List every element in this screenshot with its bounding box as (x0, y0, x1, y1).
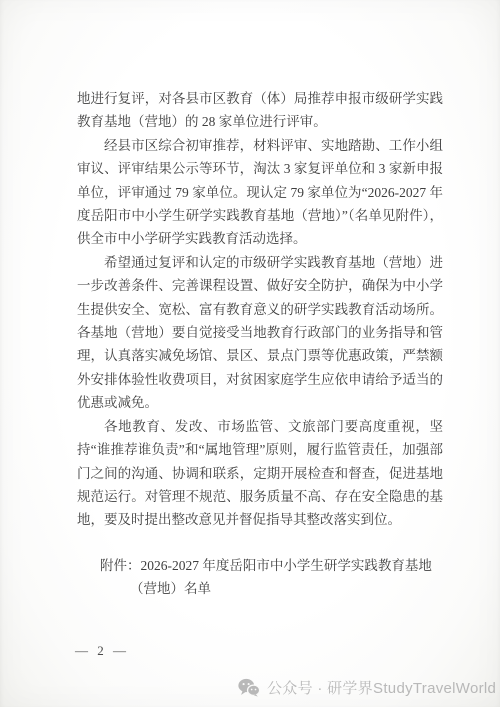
watermark-footer: 公众号 · 研学界StudyTravelWorld (238, 677, 496, 698)
document-body: 地进行复评，对各县市区教育（体）局推荐申报市级研学实践教育基地（营地）的 28 … (77, 87, 443, 601)
watermark-text: 公众号 · 研学界StudyTravelWorld (267, 677, 496, 698)
body-paragraph: 地进行复评，对各县市区教育（体）局推荐申报市级研学实践教育基地（营地）的 28 … (77, 87, 443, 134)
attachment-line: 附件：2026-2027 年度岳阳市中小学生研学实践教育基地（营地）名单 (77, 554, 443, 601)
wechat-icon (238, 678, 260, 697)
attachment-label: 附件： (100, 558, 141, 573)
body-paragraph: 经县市区综合初审推荐，材料评审、实地踏勘、工作小组审议、评审结果公示等环节，淘汰… (77, 134, 443, 251)
body-paragraph: 各地教育、发改、市场监管、文旅部门要高度重视，坚持“谁推荐谁负责”和“属地管理”… (77, 415, 443, 532)
body-paragraph: 希望通过复评和认定的市级研学实践教育基地（营地）进一步改善条件、完善课程设置、做… (77, 251, 443, 415)
attachment-title: 2026-2027 年度岳阳市中小学生研学实践教育基地（营地）名单 (130, 558, 432, 596)
scanned-document-page: 地进行复评，对各县市区教育（体）局推荐申报市级研学实践教育基地（营地）的 28 … (0, 0, 500, 707)
page-number: — 2 — (75, 643, 129, 659)
